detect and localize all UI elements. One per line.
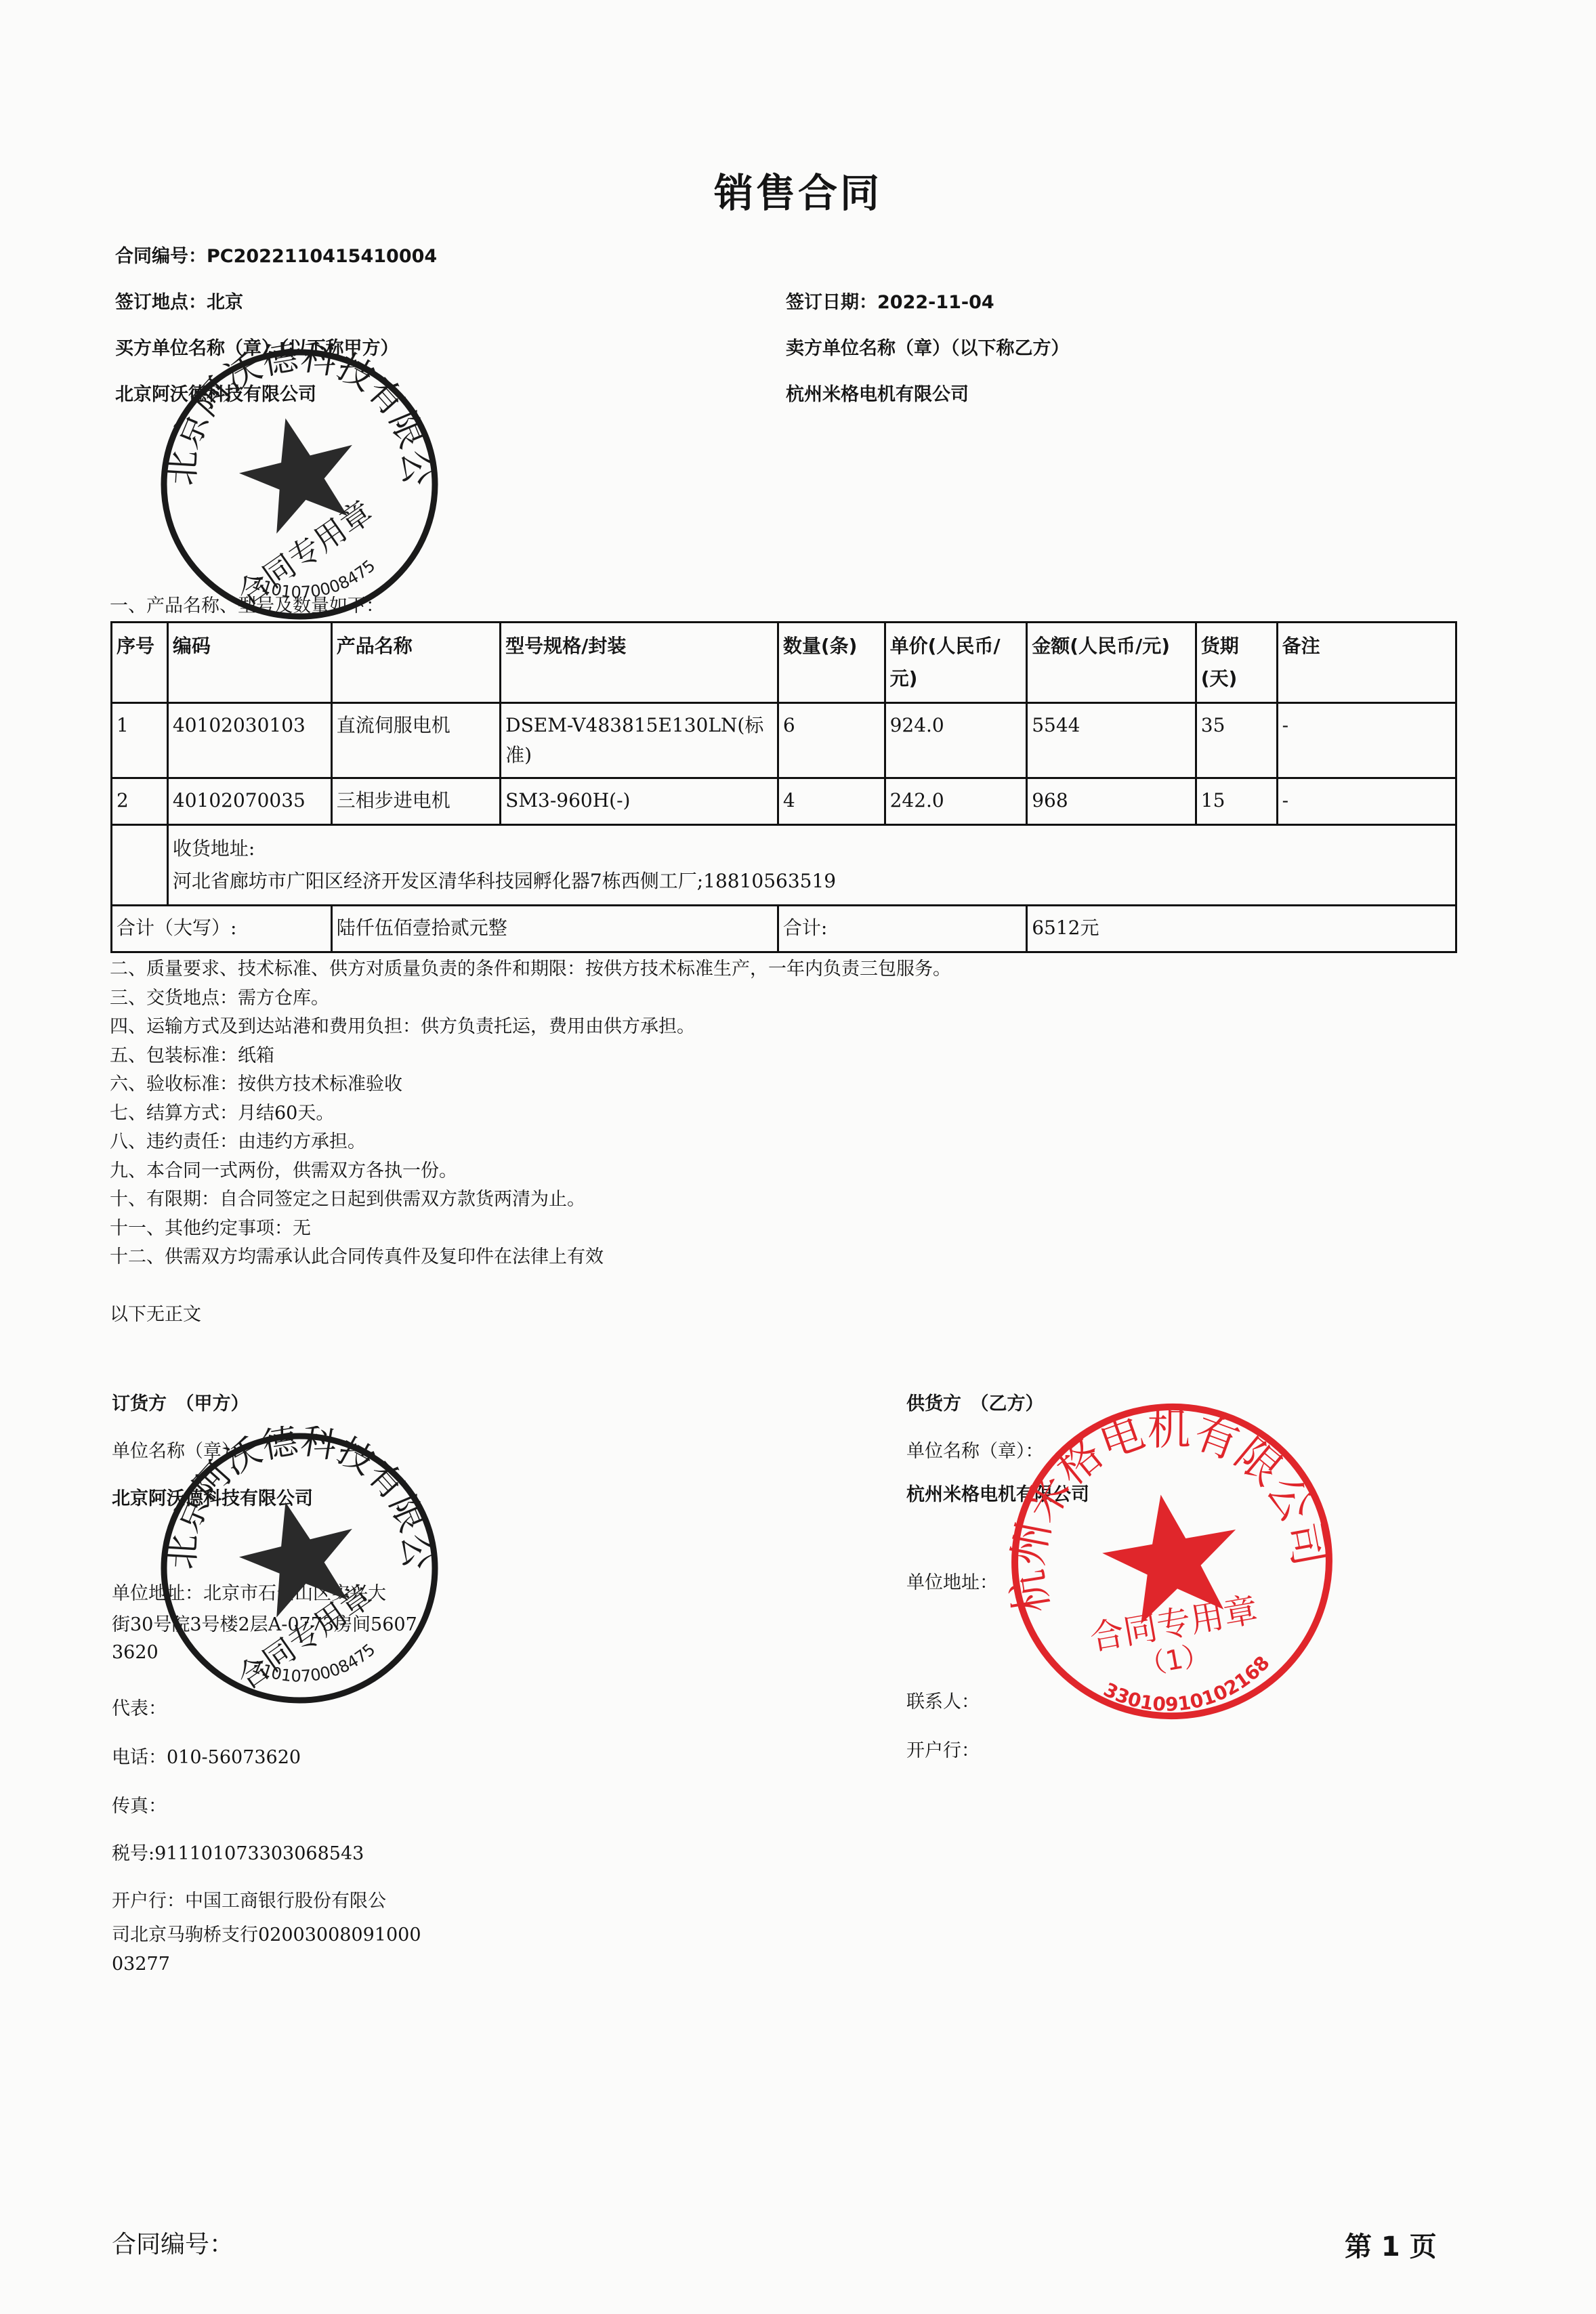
party-a-representative: 代表： [112,1694,167,1720]
col-header-name: 产品名称 [331,623,500,703]
delivery-address-label: 收货地址: [173,833,1451,865]
sign-place: 签订地点：北京 [115,287,243,314]
term-item: 十一、其他约定事项：无 [110,1215,951,1244]
party-a-address-line: 3620 [112,1642,159,1663]
cell-amount: 968 [1027,778,1196,825]
term-item: 二、质量要求、技术标准、供方对质量负责的条件和期限：按供方技术标准生产，一年内负… [110,955,951,984]
party-a-address-line: 单位地址：北京市石景山区实兴大 [112,1578,386,1605]
party-b-contact-label: 联系人： [906,1687,980,1713]
term-item: 七、结算方式：月结60天。 [110,1099,951,1129]
party-a-bank-line: 03277 [112,1954,170,1975]
page-number: 第 1 页 [1345,2225,1437,2264]
party-a-phone: 电话：010-56073620 [112,1742,301,1769]
contract-number-label: 合同编号： [115,246,207,267]
party-b-unit-name: 杭州米格电机有限公司 [906,1479,1089,1506]
svg-text:3301091010216​8: 3301091010216​8 [1100,1652,1274,1716]
sign-date: 签订日期：2022-11-04 [786,287,994,314]
col-header-amount: 金额(人民币/元) [1027,623,1196,703]
col-header-unit-price: 单价(人民币/元) [885,623,1027,703]
party-a-unit-name: 北京阿沃德科技有限公司 [112,1484,313,1510]
footer-contract-number-label: 合同编号： [112,2225,234,2260]
delivery-address: 河北省廊坊市广阳区经济开发区清华科技园孵化器7栋西侧工厂;18810563519 [173,865,1451,898]
table-row: 1 40102030103 直流伺服电机 DSEM-V483815E130LN(… [112,703,1456,778]
svg-text:杭州米格电机有限公司: 杭州米格电机有限公司 [1003,1405,1335,1617]
total-value: 6512元 [1027,906,1456,952]
cell-qty: 6 [778,703,885,778]
contract-number: 合同编号：PC2022110415410004 [115,241,437,268]
party-a-bank-line: 开户行：中国工商银行股份有限公 [112,1886,386,1912]
table-row: 2 40102070035 三相步进电机 SM3-960H(-) 4 242.0… [112,778,1456,825]
cell-remark: - [1277,778,1456,825]
party-a-address-line: 街30号院3号楼2层A-0773房间5607 [112,1610,417,1636]
col-header-no: 序号 [112,623,168,703]
term-item: 九、本合同一式两份，供需双方各执一份。 [110,1157,951,1186]
sign-date-label: 签订日期： [786,292,877,313]
sign-date-value: 2022-11-04 [877,292,994,313]
cell-no: 2 [112,778,168,825]
col-header-remark: 备注 [1277,623,1456,703]
cell-amount: 5544 [1027,703,1196,778]
term-item: 六、验收标准：按供方技术标准验收 [110,1070,951,1099]
seller-name: 杭州米格电机有限公司 [786,379,969,406]
terms-list: 二、质量要求、技术标准、供方对质量负责的条件和期限：按供方技术标准生产，一年内负… [110,955,951,1329]
col-header-model: 型号规格/封装 [501,623,778,703]
col-header-code: 编码 [167,623,331,703]
party-b-address-label: 单位地址： [906,1568,998,1594]
cell-remark: - [1277,703,1456,778]
sign-place-value: 北京 [207,292,243,313]
cell-model: DSEM-V483815E130LN(标准) [501,703,778,778]
party-b-heading: 供货方 （乙方） [906,1389,1044,1415]
buyer-label: 买方单位名称（章）（以下称甲方） [115,333,399,360]
party-b-bank-label: 开户行： [906,1735,980,1762]
cell-model: SM3-960H(-) [501,778,778,825]
seller-label: 卖方单位名称（章）（以下称乙方） [786,333,1070,360]
delivery-address-row: 收货地址: 河北省廊坊市广阳区经济开发区清华科技园孵化器7栋西侧工厂;18810… [112,825,1456,906]
total-row: 合计（大写）: 陆仟伍佰壹拾贰元整 合计: 6512元 [112,906,1456,952]
cell-unit-price: 924.0 [885,703,1027,778]
cell-name: 三相步进电机 [331,778,500,825]
star-icon [229,404,369,539]
table-header-row: 序号 编码 产品名称 型号规格/封装 数量(条) 单价(人民币/元) 金额(人民… [112,623,1456,703]
cell-code: 40102030103 [167,703,331,778]
cell-lead-days: 35 [1196,703,1277,778]
svg-text:（1）: （1） [1137,1639,1213,1682]
cell-code: 40102070035 [167,778,331,825]
section1-title: 一、产品名称、型号及数量如下： [110,591,384,617]
total-label: 合计: [778,906,1026,952]
cell-qty: 4 [778,778,885,825]
svg-text:北京阿沃德科技有限公司: 北京阿沃德科技有限公司 [150,342,437,487]
party-a-heading: 订货方 （甲方） [112,1389,249,1415]
svg-text:合同专用章: 合同专用章 [1087,1590,1261,1658]
cell-no: 1 [112,703,168,778]
no-more-text: 以下无正文 [110,1301,951,1330]
document-title: 销售合同 [0,161,1596,218]
party-a-tax-no: 税号:911101073303068543 [112,1838,364,1865]
product-table: 序号 编码 产品名称 型号规格/封装 数量(条) 单价(人民币/元) 金额(人民… [110,621,1457,953]
party-b-unit-name-label: 单位名称（章）： [906,1436,1044,1463]
buyer-company-stamp-bottom: 北京阿沃德科技有限公司 合同专用章 1101070008475 [150,1426,448,1710]
term-item: 八、违约责任：由违约方承担。 [110,1128,951,1157]
term-item: 三、交货地点：需方仓库。 [110,984,951,1013]
seller-company-stamp: 杭州米格电机有限公司 合同专用章 （1） 3301091010216​8 [1003,1395,1341,1734]
col-header-qty: 数量(条) [778,623,885,703]
sign-place-label: 签订地点： [115,292,207,313]
cell-name: 直流伺服电机 [331,703,500,778]
delivery-address-cell: 收货地址: 河北省廊坊市广阳区经济开发区清华科技园孵化器7栋西侧工厂;18810… [167,825,1456,906]
star-icon [1094,1483,1249,1628]
buyer-name: 北京阿沃德科技有限公司 [115,379,316,406]
cell-lead-days: 15 [1196,778,1277,825]
term-item: 十二、供需双方均需承认此合同传真件及复印件在法律上有效 [110,1243,951,1272]
term-item: 十、有限期：自合同签定之日起到供需双方款货两清为止。 [110,1185,951,1215]
term-item: 四、运输方式及到达站港和费用负担：供方负责托运，费用由供方承担。 [110,1013,951,1042]
col-header-lead-days: 货期(天) [1196,623,1277,703]
total-upper-label: 合计（大写）: [112,906,332,952]
empty-cell [112,825,168,906]
party-a-unit-name-label: 单位名称（章）： [112,1436,249,1463]
party-a-bank-line: 司北京马驹桥支行0200300809100​0 [112,1920,421,1946]
contract-number-value: PC2022110415410004 [207,246,437,267]
svg-text:1101070008475: 1101070008475 [249,1640,379,1686]
total-upper-value: 陆仟伍佰壹拾贰元整 [331,906,778,952]
cell-unit-price: 242.0 [885,778,1027,825]
term-item: 五、包装标准：纸箱 [110,1042,951,1071]
party-a-fax: 传真： [112,1791,167,1817]
